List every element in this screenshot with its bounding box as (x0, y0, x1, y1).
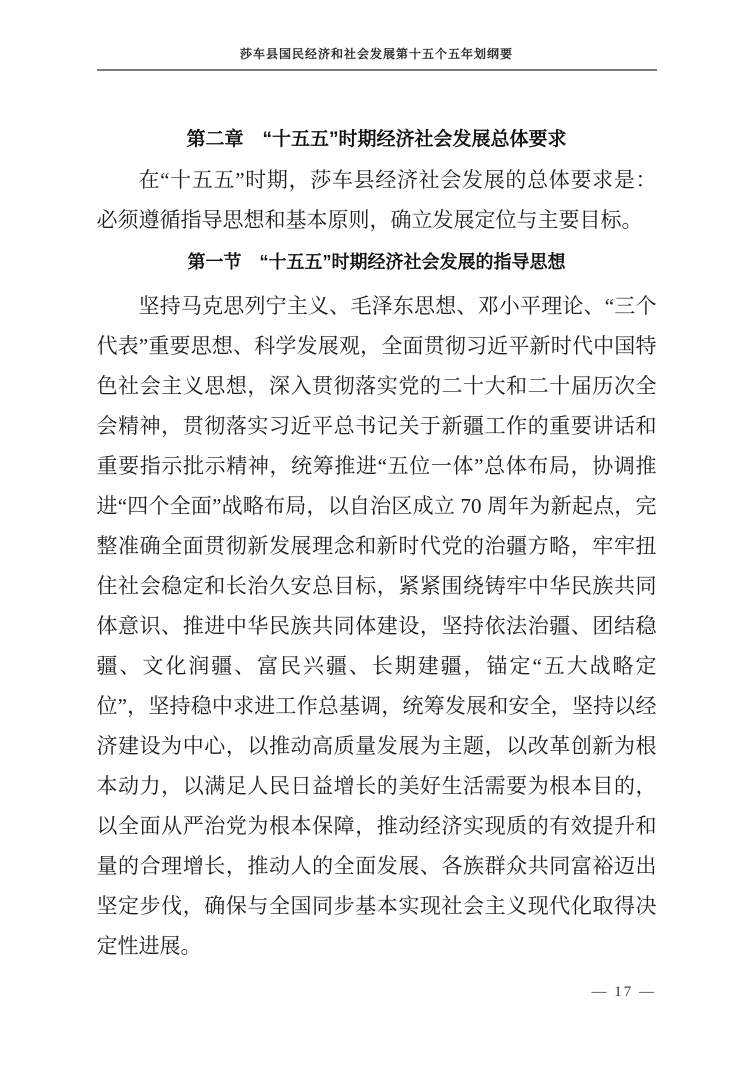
chapter-heading: 第二章 “十五五”时期经济社会发展总体要求 (97, 126, 657, 154)
header-divider (97, 69, 657, 71)
page-number: — 17 — (592, 984, 657, 1000)
document-page: 莎车县国民经济和社会发展第十五个五年划纲要 第二章 “十五五”时期经济社会发展总… (0, 0, 753, 1066)
page-header: 莎车县国民经济和社会发展第十五个五年划纲要 (0, 0, 753, 71)
page-footer: — 17 — (592, 984, 657, 1001)
section-heading: 第一节 “十五五”时期经济社会发展的指导思想 (97, 244, 657, 280)
intro-paragraph: 在“十五五”时期，莎车县经济社会发展的总体要求是：必须遵循指导思想和基本原则，确… (97, 160, 657, 240)
document-content: 第二章 “十五五”时期经济社会发展总体要求 在“十五五”时期，莎车县经济社会发展… (97, 126, 657, 966)
running-header-title: 莎车县国民经济和社会发展第十五个五年划纲要 (0, 0, 753, 62)
guiding-ideology-paragraph: 坚持马克思列宁主义、毛泽东思想、邓小平理论、“三个代表”重要思想、科学发展观，全… (97, 286, 657, 966)
